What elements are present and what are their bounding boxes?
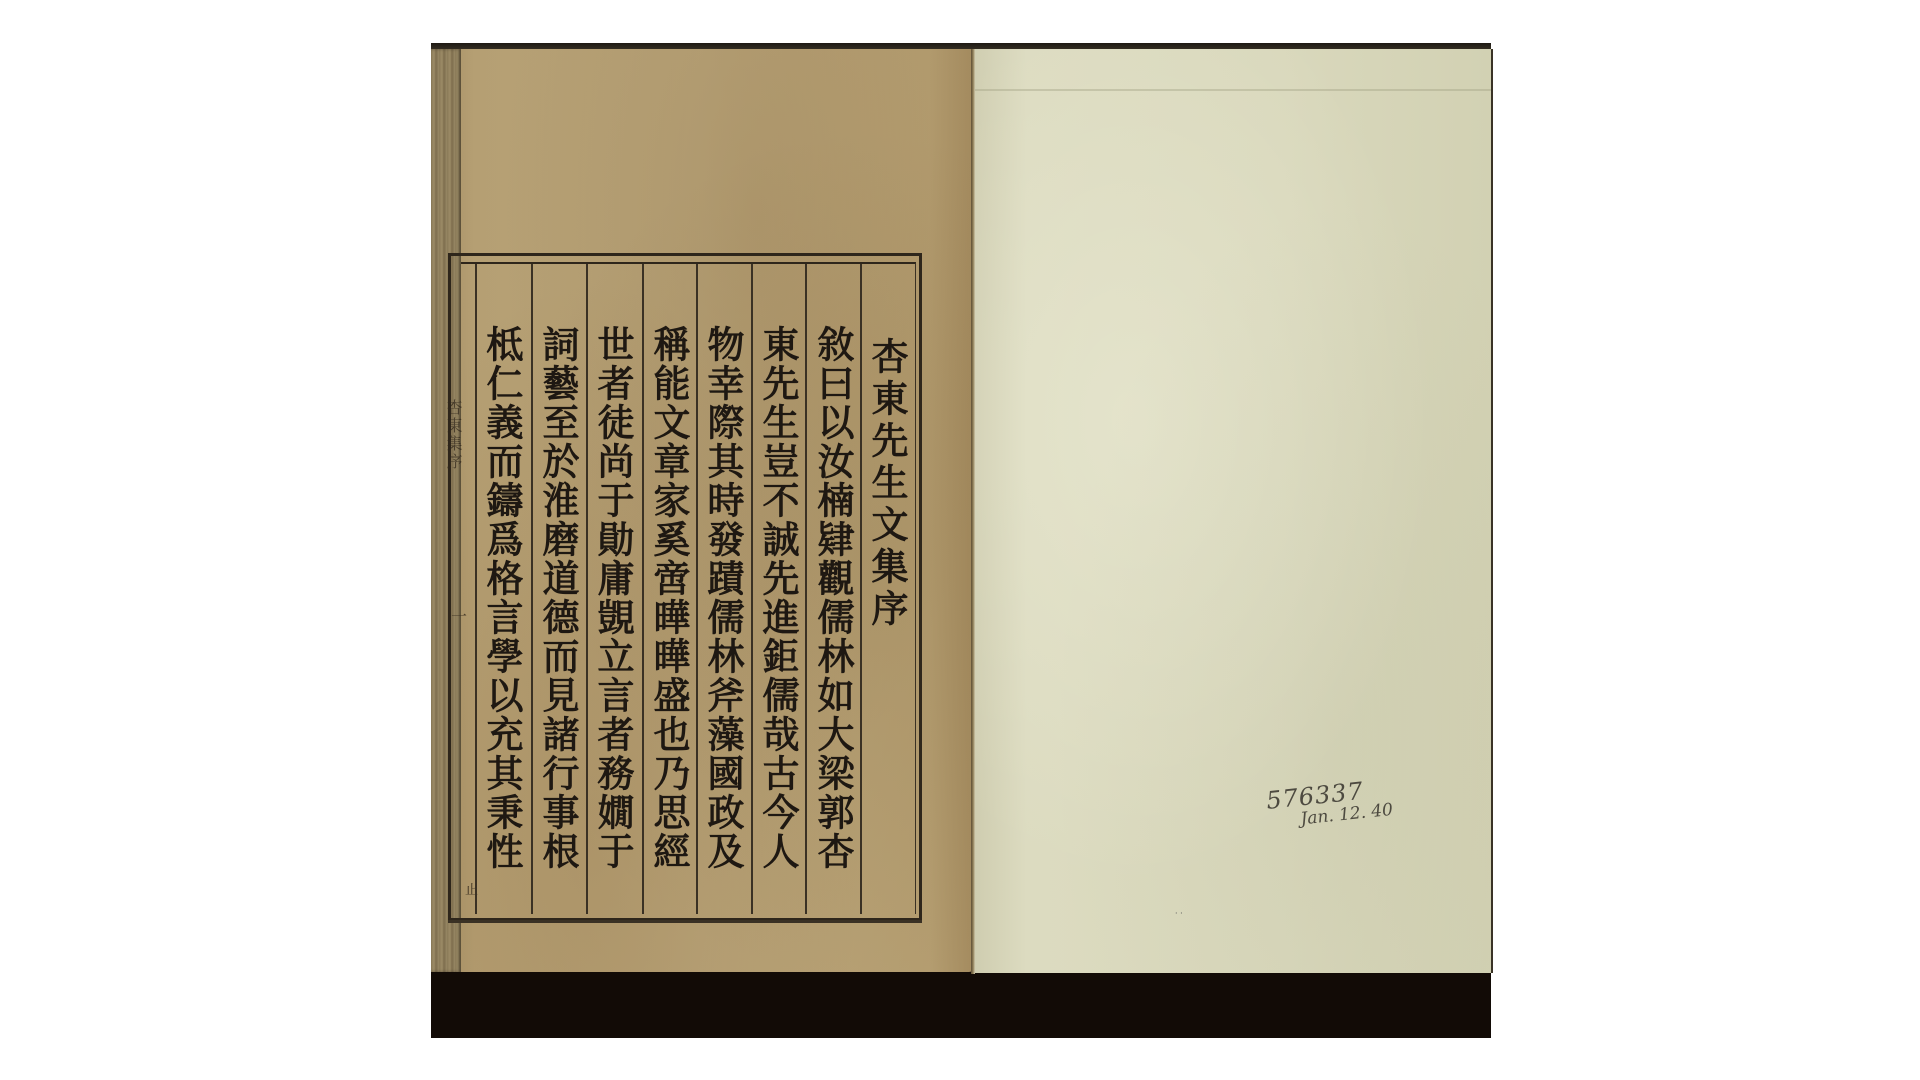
text-column-3: 物幸際其時發蹟儒林斧藻國政及 (698, 325, 748, 965)
left-page: 杏東集序 一 止 杏東先生文集序 敘曰以汝楠肄觀儒林如大梁郭杏 東先生豈不誠先進… (431, 49, 973, 972)
column-divider (805, 264, 807, 914)
handwritten-annotation: 576337 Jan. 12. 40 (1265, 774, 1394, 833)
scanned-book-spread: 杏東集序 一 止 杏東先生文集序 敘曰以汝楠肄觀儒林如大梁郭杏 東先生豈不誠先進… (431, 43, 1491, 1038)
paper-specks: · · (1175, 909, 1183, 918)
right-page: 576337 Jan. 12. 40 · · (975, 49, 1493, 973)
text-column-5: 世者徒尚于勛庸覬立言者務嫺于 (588, 325, 638, 965)
text-column-4: 稱能文章家奚啻曄曄盛也乃思經 (644, 325, 694, 965)
text-column-2: 東先生豈不誠先進鉅儒哉古今人 (753, 325, 803, 965)
preface-title: 杏東先生文集序 (862, 337, 912, 977)
text-frame-bottom (448, 920, 922, 923)
paper-fold (975, 89, 1491, 91)
text-column-6: 詞藝至於淮磨道德而見諸行事根 (533, 325, 583, 965)
text-column-7: 柢仁義而鑄爲格言學以充其秉性 (477, 325, 527, 965)
text-column-1: 敘曰以汝楠肄觀儒林如大梁郭杏 (808, 325, 858, 965)
